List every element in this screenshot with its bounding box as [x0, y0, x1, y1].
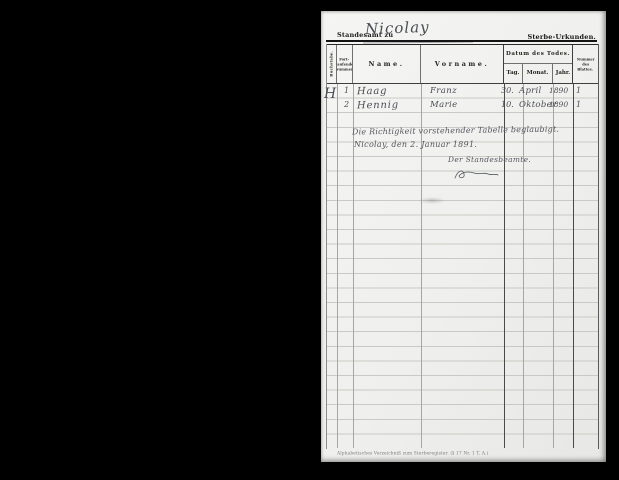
- column-rule: [421, 84, 422, 448]
- column-header-name: Name.: [353, 45, 421, 83]
- entry-year: 1890: [549, 86, 568, 95]
- sheet-number-header-line: Nummer: [577, 58, 595, 61]
- column-header-serial-number: Fort- laufende Nummer.: [337, 45, 353, 83]
- table-row: H 1 Haag Franz 30. April 1890 1: [327, 86, 598, 100]
- table-row: 2 Hennig Marie 10. Oktober 1890 1: [327, 100, 598, 114]
- table-header-row: Buchstabe. Fort- laufende Nummer. Name. …: [327, 44, 598, 84]
- entry-number: 1: [344, 86, 349, 95]
- column-header-vorname: Vorname.: [421, 45, 504, 83]
- entry-day: 10.: [501, 100, 514, 109]
- certification-line-2: Nicolay, den 2. Januar 1891.: [354, 140, 477, 149]
- register-index-table: Buchstabe. Fort- laufende Nummer. Name. …: [326, 44, 599, 449]
- column-rule: [504, 84, 505, 448]
- entry-surname: Haag: [357, 86, 387, 98]
- serial-header-line: Fort-: [340, 58, 350, 61]
- column-group-date-of-death: Datum des Todes. Tag. Monat. Jahr.: [503, 45, 573, 83]
- column-rule: [353, 84, 354, 448]
- entry-month: April: [519, 86, 542, 96]
- column-header-month: Monat.: [523, 64, 553, 83]
- date-subheaders: Tag. Monat. Jahr.: [504, 64, 572, 83]
- table-body: H 1 Haag Franz 30. April 1890 1 2 Hennig…: [327, 84, 598, 448]
- ink-smudge: [414, 196, 450, 205]
- entry-number: 2: [344, 100, 349, 109]
- entry-year: 1890: [549, 100, 568, 109]
- entry-firstname: Marie: [430, 100, 458, 110]
- column-rule: [573, 84, 574, 448]
- entry-sheet-no: 1: [576, 100, 581, 109]
- column-header-letter-label: Buchstabe.: [329, 51, 333, 77]
- certification-line-3: Der Standesbeamte.: [448, 155, 531, 164]
- column-rule: [523, 84, 524, 448]
- office-name-handwritten: Nicolay: [365, 18, 430, 38]
- form-imprint: Alphabetisches Verzeichniß zum Sterbereg…: [337, 451, 488, 456]
- entry-sheet-no: 1: [576, 86, 581, 95]
- column-rule: [553, 84, 554, 448]
- serial-header-line: Nummer.: [337, 68, 353, 71]
- column-header-year: Jahr.: [553, 64, 573, 83]
- entry-day: 30.: [501, 86, 514, 95]
- date-of-death-group-label: Datum des Todes.: [504, 45, 572, 64]
- column-rule: [337, 84, 338, 448]
- serial-header-line: laufende: [337, 63, 353, 66]
- sheet-number-header-line: des: [582, 63, 589, 66]
- column-header-sheet-number: Nummer des Blattes.: [573, 45, 598, 83]
- entry-surname: Hennig: [357, 100, 399, 112]
- scanned-register-page: Standesamt zu Nicolay Sterbe-Urkunden. B…: [321, 11, 606, 462]
- registrar-signature: [452, 167, 500, 182]
- entry-firstname: Franz: [430, 86, 457, 96]
- column-header-day: Tag.: [504, 64, 523, 83]
- column-header-letter: Buchstabe.: [327, 45, 337, 83]
- sheet-number-header-line: Blattes.: [578, 68, 594, 71]
